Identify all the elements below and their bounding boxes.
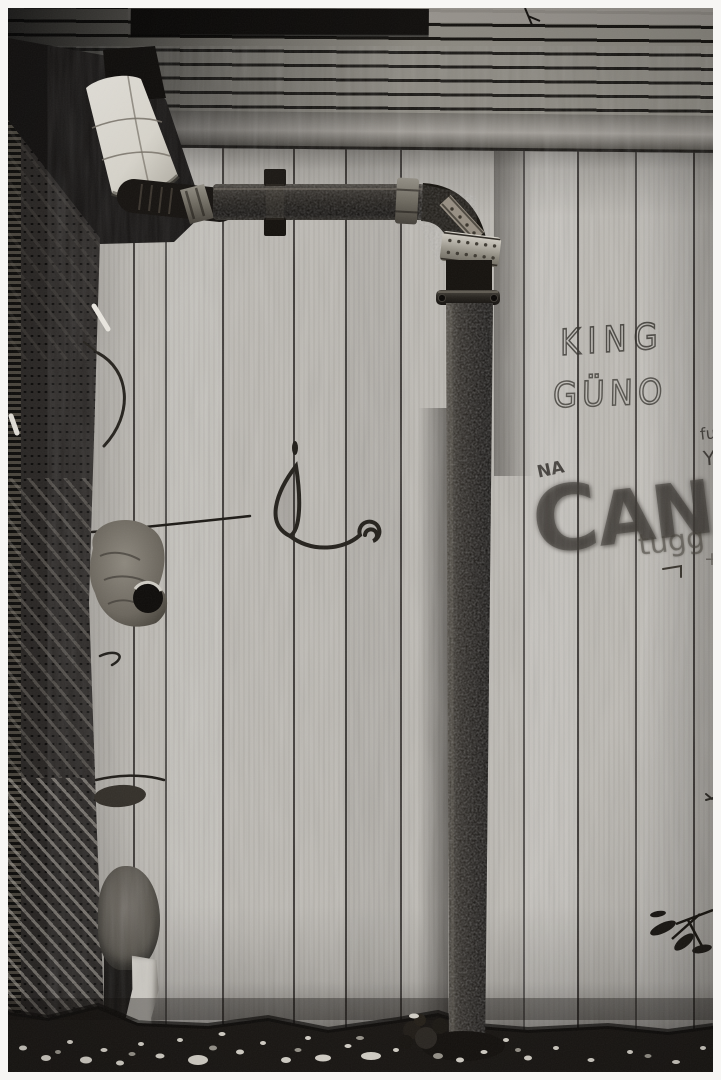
photograph: KING GÜNO NA CAN fu Y. tugg + — [8, 8, 713, 1072]
wood-grain-texture — [108, 136, 713, 1032]
ceiling-twig — [525, 8, 540, 25]
ground — [8, 998, 713, 1072]
scene-artwork — [8, 8, 713, 1072]
insulated-pipe-section — [86, 46, 178, 196]
panel-edge-highlight — [11, 416, 17, 433]
photo-frame: KING GÜNO NA CAN fu Y. tugg + — [0, 0, 721, 1080]
